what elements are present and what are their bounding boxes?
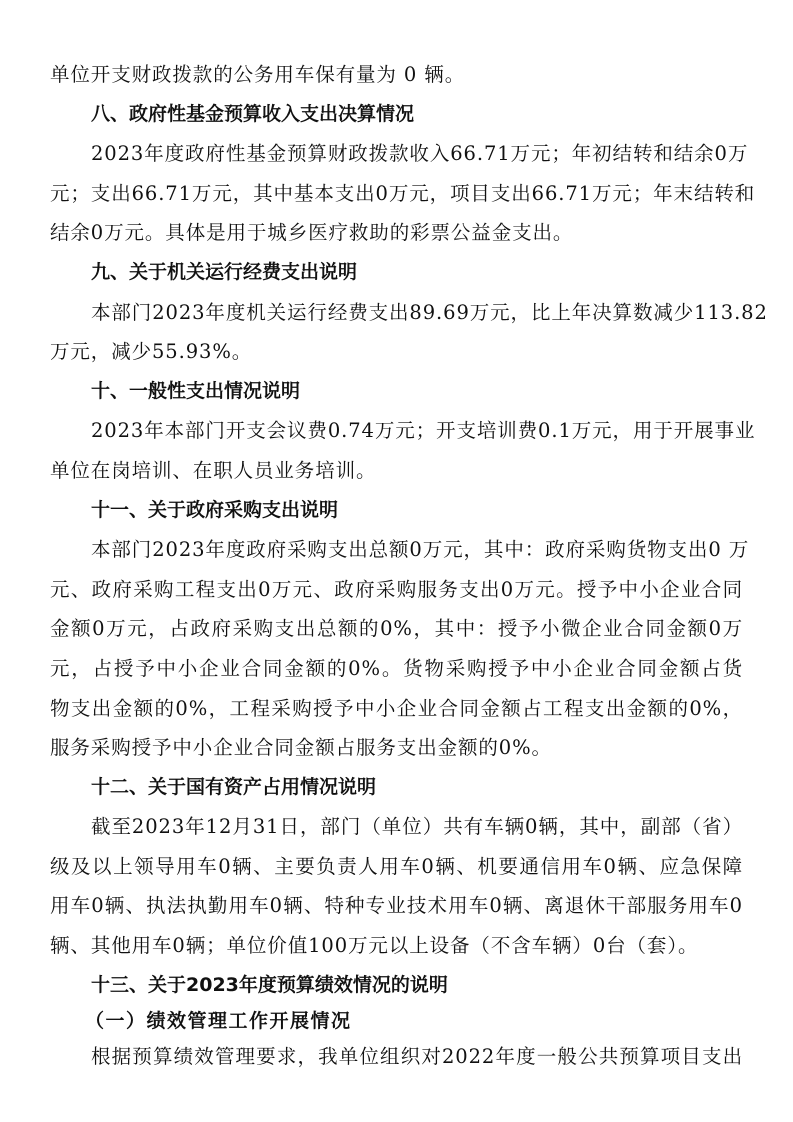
paragraph-line: 2023年本部门开支会议费0.74万元；开支培训费0.1万元，用于开展事业 (50, 411, 743, 451)
paragraph-line: 单位在岗培训、在职人员业务培训。 (50, 451, 743, 491)
paragraph-line: 根据预算绩效管理要求，我单位组织对2022年度一般公共预算项目支出 (50, 1037, 743, 1077)
paragraph-line: 服务采购授予中小企业合同金额占服务支出金额的0%。 (50, 728, 743, 768)
paragraph-line: 元、政府采购工程支出0万元、政府采购服务支出0万元。授予中小企业合同 (50, 570, 743, 610)
paragraph-line: 结余0万元。具体是用于城乡医疗救助的彩票公益金支出。 (50, 213, 743, 253)
paragraph-line: 单位开支财政拨款的公务用车保有量为 0 辆。 (50, 55, 743, 95)
paragraph-line: 本部门2023年度机关运行经费支出89.69万元，比上年决算数减少113.82 (50, 293, 743, 333)
paragraph-line: 本部门2023年度政府采购支出总额0万元，其中：政府采购货物支出0 万 (50, 530, 743, 570)
section-heading-11: 十一、关于政府采购支出说明 (50, 491, 743, 531)
paragraph-line: 辆、其他用车0辆；单位价值100万元以上设备（不含车辆）0台（套）。 (50, 926, 743, 966)
paragraph-line: 2023年度政府性基金预算财政拨款收入66.71万元；年初结转和结余0万 (50, 134, 743, 174)
paragraph-line: 金额0万元，占政府采购支出总额的0%，其中：授予小微企业合同金额0万 (50, 609, 743, 649)
section-heading-10: 十、一般性支出情况说明 (50, 372, 743, 412)
section-heading-8: 八、政府性基金预算收入支出决算情况 (50, 95, 743, 135)
paragraph-line: 截至2023年12月31日，部门（单位）共有车辆0辆，其中，副部（省） (50, 807, 743, 847)
paragraph-line: 用车0辆、执法执勤用车0辆、特种专业技术用车0辆、离退休干部服务用车0 (50, 886, 743, 926)
paragraph-line: 级及以上领导用车0辆、主要负责人用车0辆、机要通信用车0辆、应急保障 (50, 847, 743, 887)
subsection-heading-1: （一）绩效管理工作开展情况 (50, 1005, 743, 1037)
paragraph-line: 元；支出66.71万元，其中基本支出0万元，项目支出66.71万元；年末结转和 (50, 174, 743, 214)
section-heading-9: 九、关于机关运行经费支出说明 (50, 253, 743, 293)
document-page: 单位开支财政拨款的公务用车保有量为 0 辆。 八、政府性基金预算收入支出决算情况… (0, 0, 793, 1122)
section-heading-12: 十二、关于国有资产占用情况说明 (50, 768, 743, 808)
section-heading-13: 十三、关于2023年度预算绩效情况的说明 (50, 966, 743, 1006)
paragraph-line: 元，占授予中小企业合同金额的0%。货物采购授予中小企业合同金额占货 (50, 649, 743, 689)
document-body: 单位开支财政拨款的公务用车保有量为 0 辆。 八、政府性基金预算收入支出决算情况… (50, 55, 743, 1077)
paragraph-line: 物支出金额的0%，工程采购授予中小企业合同金额占工程支出金额的0%， (50, 689, 743, 729)
paragraph-line: 万元，减少55.93%。 (50, 332, 743, 372)
